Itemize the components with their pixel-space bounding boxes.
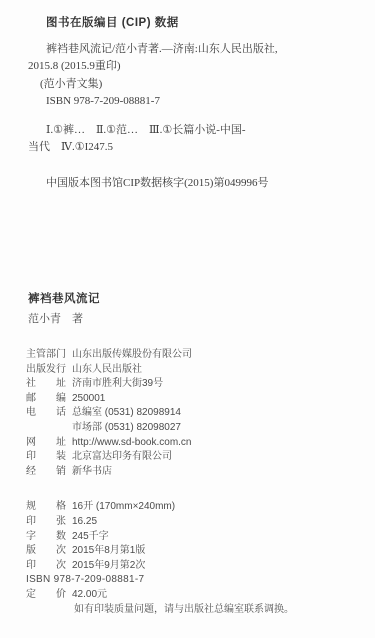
info-value: 245千字: [72, 531, 109, 542]
info-row-wordcount: 字数245千字: [26, 530, 369, 545]
info-value: 总编室 (0531) 82098914: [72, 407, 181, 418]
info-label: 印张: [26, 515, 66, 530]
info-value: 16.25: [72, 516, 97, 527]
info-row-printer: 印装北京富达印务有限公司: [26, 450, 369, 465]
info-value: 济南市胜利大街39号: [72, 378, 163, 389]
info-row-website: 网址http://www.sd-book.com.cn: [26, 436, 369, 451]
info-label: 邮编: [26, 392, 66, 407]
info-label: 印装: [26, 450, 66, 465]
info-label: 经销: [26, 465, 66, 480]
info-value website-url: http://www.sd-book.com.cn: [72, 437, 192, 448]
info-value: 42.00元: [72, 589, 107, 600]
info-label: 定价: [26, 588, 66, 603]
info-label: 字数: [26, 530, 66, 545]
info-value: 2015年8月第1版: [72, 545, 145, 556]
info-value: 2015年9月第2次: [72, 560, 145, 571]
info-value: 市场部 (0531) 82098027: [72, 422, 181, 433]
info-label: 印次: [26, 559, 66, 574]
info-label: 电话: [26, 406, 66, 421]
info-value: 250001: [72, 393, 105, 404]
info-row-phone-editorial: 电话总编室 (0531) 82098914: [26, 406, 369, 421]
section-gap: [26, 479, 369, 500]
cip-bib-line-1: 裤裆巷风流记/范小青著.—济南:山东人民出版社,: [28, 41, 367, 59]
info-value: 山东人民出版社: [72, 364, 142, 375]
cip-bib-line-2: 2015.8 (2015.9重印): [28, 58, 367, 76]
info-label: 社址: [26, 377, 66, 392]
book-title: 裤裆巷风流记: [28, 293, 100, 306]
info-row-edition: 版次2015年8月第1版: [26, 544, 369, 559]
info-label: 主管部门: [26, 348, 66, 363]
info-label: 规格: [26, 500, 66, 515]
quality-note-text: 如有印装质量问题，请与出版社总编室联系调换。: [74, 604, 294, 615]
quality-note: 如有印装质量问题，请与出版社总编室联系调换。: [26, 603, 369, 618]
info-value: 新华书店: [72, 466, 112, 477]
info-row-impression: 印次2015年9月第2次: [26, 559, 369, 574]
cip-block: 图书在版编目 (CIP) 数据 裤裆巷风流记/范小青著.—济南:山东人民出版社,…: [28, 15, 367, 192]
info-isbn-line: ISBN 978-7-209-08881-7: [26, 573, 369, 588]
publication-info: 主管部门山东出版传媒股份有限公司 出版发行山东人民出版社 社址济南市胜利大街39…: [26, 348, 369, 617]
cip-isbn-line: ISBN 978-7-209-08881-7: [28, 93, 367, 111]
info-label: 版次: [26, 544, 66, 559]
info-row-address: 社址济南市胜利大街39号: [26, 377, 369, 392]
cip-class-line-1: Ⅰ.①裤… Ⅱ.①范… Ⅲ.①长篇小说-中国-: [28, 122, 367, 140]
info-row-distributor: 经销新华书店: [26, 465, 369, 480]
info-label: 网址: [26, 436, 66, 451]
title-block: 裤裆巷风流记 范小青 著: [28, 293, 100, 326]
info-row-format: 规格16开 (170mm×240mm): [26, 500, 369, 515]
info-row-postcode: 邮编250001: [26, 392, 369, 407]
info-row-phone-market: 市场部 (0531) 82098027: [26, 421, 369, 436]
info-value: 16开 (170mm×240mm): [72, 501, 175, 512]
info-value: 北京富达印务有限公司: [72, 451, 172, 462]
cip-class-line-2: 当代 Ⅳ.①I247.5: [28, 139, 367, 157]
info-value: 山东出版传媒股份有限公司: [72, 349, 192, 360]
cip-heading: 图书在版编目 (CIP) 数据: [46, 15, 367, 33]
cip-series-line: (范小青文集): [28, 76, 367, 94]
info-row-publisher: 出版发行山东人民出版社: [26, 363, 369, 378]
info-label: 出版发行: [26, 363, 66, 378]
isbn-text: ISBN 978-7-209-08881-7: [26, 574, 144, 585]
book-author: 范小青 著: [28, 313, 100, 326]
info-row-supervisor: 主管部门山东出版传媒股份有限公司: [26, 348, 369, 363]
info-row-price: 定价42.00元: [26, 588, 369, 603]
info-row-sheets: 印张16.25: [26, 515, 369, 530]
cip-record-number: 中国版本图书馆CIP数据核字(2015)第049996号: [28, 175, 367, 193]
colophon-page: 图书在版编目 (CIP) 数据 裤裆巷风流记/范小青著.—济南:山东人民出版社,…: [0, 0, 375, 638]
